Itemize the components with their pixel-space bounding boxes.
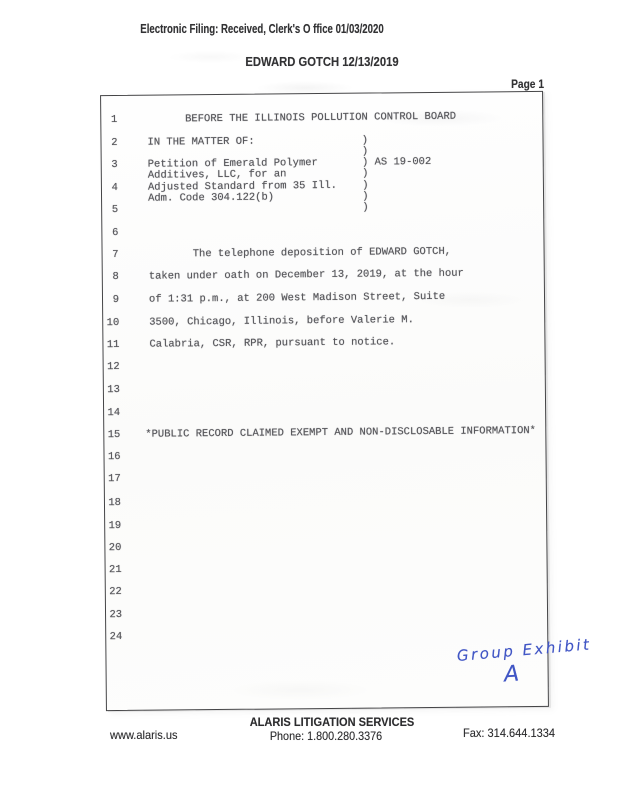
line-number: 10 [105, 317, 119, 329]
transcript-row: 20 [105, 538, 546, 555]
footer-company: ALARIS LITIGATION SERVICES [250, 715, 415, 729]
transcript-row: 9of 1:31 p.m., at 200 West Madison Stree… [103, 290, 544, 307]
line-number: 24 [108, 631, 122, 643]
line-text: ) [148, 202, 369, 216]
footer-website: www.alaris.us [110, 728, 177, 742]
page-number-label: Page 1 [511, 77, 544, 91]
transcript-row: 103500, Chicago, Illinois, before Valeri… [103, 313, 544, 330]
line-text: taken under oath on December 13, 2019, a… [149, 268, 464, 283]
line-number: 17 [107, 473, 121, 485]
transcript-row: 15*PUBLIC RECORD CLAIMED EXEMPT AND NON-… [104, 425, 545, 442]
line-number: 1 [103, 114, 117, 126]
exhibit-letter: A [503, 662, 520, 688]
transcript-row: 19 [105, 516, 546, 533]
line-number: 23 [108, 609, 122, 621]
line-number: 8 [105, 271, 119, 283]
transcript-row: 1 BEFORE THE ILLINOIS POLLUTION CONTROL … [101, 110, 542, 127]
line-number: 14 [106, 407, 120, 419]
transcript-row: 23 [106, 605, 547, 622]
transcript-row: 13 [104, 380, 545, 397]
transcript-row: 8taken under oath on December 13, 2019, … [103, 267, 544, 284]
line-number: 20 [107, 542, 121, 554]
transcript-row: 18 [105, 493, 546, 510]
transcript-row: 12 [104, 357, 545, 374]
transcript-row: 21 [106, 560, 547, 577]
footer-phone: Phone: 1.800.280.3376 [270, 729, 382, 743]
transcript-row: 11Calabria, CSR, RPR, pursuant to notice… [103, 335, 544, 352]
footer-fax: Fax: 314.644.1334 [463, 726, 555, 740]
line-text: BEFORE THE ILLINOIS POLLUTION CONTROL BO… [147, 111, 456, 126]
line-number: 15 [106, 429, 120, 441]
line-number: 5 [104, 204, 118, 216]
transcript-row: 16 [104, 447, 545, 464]
line-number: 13 [106, 384, 120, 396]
line-number: 21 [108, 564, 122, 576]
transcript-row: 6 [102, 223, 543, 240]
transcript-row: 14 [104, 403, 545, 420]
line-text: *PUBLIC RECORD CLAIMED EXEMPT AND NON-DI… [145, 425, 536, 441]
header-filing-info: Electronic Filing: Received, Clerk's O f… [140, 21, 383, 36]
header-deponent-date: EDWARD GOTCH 12/13/2019 [245, 55, 398, 69]
transcript-page: 1 BEFORE THE ILLINOIS POLLUTION CONTROL … [100, 91, 549, 711]
line-number: 16 [106, 451, 120, 463]
transcript-row: 24 [106, 627, 547, 644]
line-text: Calabria, CSR, RPR, pursuant to notice. [149, 336, 395, 350]
line-number: 19 [107, 520, 121, 532]
line-number: 22 [108, 586, 122, 598]
transcript-row: 7 The telephone deposition of EDWARD GOT… [103, 245, 544, 262]
line-text: The telephone deposition of EDWARD GOTCH… [149, 246, 452, 261]
line-text: 3500, Chicago, Illinois, before Valerie … [149, 314, 414, 329]
transcript-row: 17 [105, 469, 546, 486]
line-number: 12 [106, 361, 120, 373]
line-number: 18 [107, 497, 121, 509]
line-number: 11 [105, 339, 119, 351]
line-number: 9 [105, 294, 119, 306]
line-number: 7 [105, 249, 119, 261]
transcript-row: 22 [106, 582, 547, 599]
line-number: 6 [104, 227, 118, 239]
line-text: of 1:31 p.m., at 200 West Madison Street… [149, 291, 445, 306]
